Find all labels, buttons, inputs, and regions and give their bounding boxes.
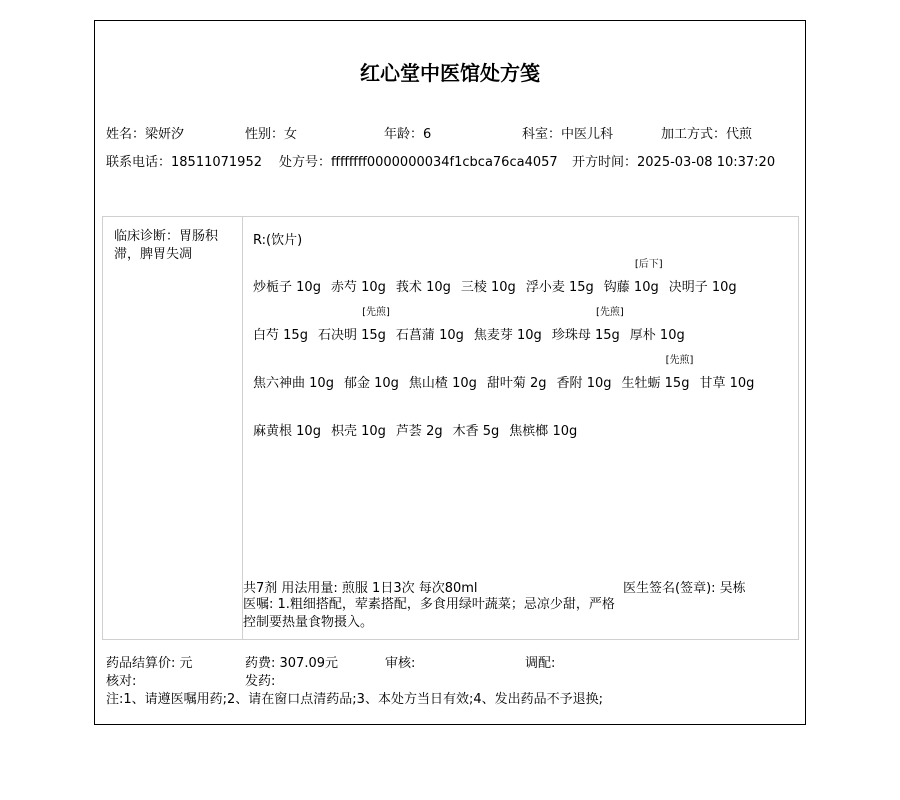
diagnosis-label: 临床诊断： [114,229,179,244]
phone-label: 联系电话： [106,155,171,170]
processing-field: 加工方式：代煎 [661,123,752,142]
department-label: 科室： [522,127,561,142]
herb-item: 麻黄根 10g [253,420,321,439]
issue-field: 发药: [245,670,275,689]
herb-item: 枳壳 10g [331,420,386,439]
rx-number-field: 处方号：ffffffff0000000034f1cbca76ca4057 [279,151,558,170]
rx-number: ffffffff0000000034f1cbca76ca4057 [331,155,558,170]
drug-fee: 药费: 307.09元 [245,652,338,671]
check-field: 核对: [106,670,136,689]
rx-time: 2025-03-08 10:37:20 [637,155,775,170]
herb-item: 木香 5g [453,420,500,439]
doctor-signature: 医生签名(签章): 吴栋 [623,577,746,596]
herb-item: 焦槟榔 10g [509,420,577,439]
footer-notes: 注:1、请遵医嘱用药;2、请在窗口点清药品;3、本处方当日有效;4、发出药品不予… [106,688,603,707]
herb-item: 厚朴 10g [630,324,685,343]
herb-note: [先煎] [362,303,390,318]
herb-item: 焦麦芽 10g [474,324,542,343]
patient-gender-label: 性别： [245,127,284,142]
herb-item: 白芍 15g [253,324,308,343]
herb-note: [先煎] [666,351,694,366]
patient-gender: 女 [284,127,297,142]
rx-header: R:(饮片) [253,229,302,248]
department: 中医儿科 [561,127,613,142]
settle-price: 药品结算价: 元 [106,652,193,671]
phone-number: 18511071952 [171,155,262,170]
medical-advice: 医嘱: 1.粗细搭配，荤素搭配，多食用绿叶蔬菜；忌凉少甜，严格控制要热量食物摄入… [243,596,621,632]
herb-item: 莪术 10g [396,276,451,295]
patient-name-label: 姓名： [106,127,145,142]
rx-time-label: 开方时间： [572,155,637,170]
herb-item: 炒栀子 10g [253,276,321,295]
herb-item: 赤芍 10g [331,276,386,295]
rx-number-label: 处方号： [279,155,331,170]
dispense-prep-field: 调配: [525,652,555,671]
phone-field: 联系电话：18511071952 [106,151,262,170]
rx-time-field: 开方时间：2025-03-08 10:37:20 [572,151,775,170]
processing-label: 加工方式： [661,127,726,142]
herb-line-1: 炒栀子 10g赤芍 10g莪术 10g三棱 10g浮小麦 15g[后下]钩藤 1… [253,276,747,295]
patient-age-label: 年龄： [384,127,423,142]
patient-gender-field: 性别：女 [245,123,297,142]
processing-method: 代煎 [726,127,752,142]
doctor-name: 吴栋 [720,581,746,596]
herb-item: 焦六神曲 10g [253,372,334,391]
patient-name: 梁妍汐 [145,127,184,142]
herb-item: [后下]钩藤 10g [604,276,659,295]
herb-item: [先煎]石决明 15g [318,324,386,343]
prescription-sheet: 红心堂中医馆处方笺 姓名：梁妍汐 性别：女 年龄：6 科室：中医儿科 加工方式：… [94,20,806,725]
herb-item: 甜叶菊 2g [487,372,547,391]
document-title: 红心堂中医馆处方笺 [95,57,805,86]
clinical-diagnosis: 临床诊断：胃肠积滞，脾胃失凋 [114,228,232,264]
review-field: 审核: [385,652,415,671]
doctor-signature-label: 医生签名(签章): [623,581,720,596]
herb-line-3: 焦六神曲 10g郁金 10g焦山楂 10g甜叶菊 2g香附 10g[先煎]生牡蛎… [253,372,764,391]
patient-age-field: 年龄：6 [384,123,431,142]
herb-item: 三棱 10g [461,276,516,295]
herb-note: [先煎] [596,303,624,318]
department-field: 科室：中医儿科 [522,123,613,142]
patient-age: 6 [423,127,431,142]
herb-item: [先煎]生牡蛎 15g [622,372,690,391]
herb-item: 甘草 10g [699,372,754,391]
herb-item: [先煎]珍珠母 15g [552,324,620,343]
herb-item: 浮小麦 15g [526,276,594,295]
column-divider [242,217,243,639]
herb-item: 芦荟 2g [396,420,443,439]
patient-name-field: 姓名：梁妍汐 [106,123,184,142]
usage-dosage: 共7剂 用法用量: 煎服 1日3次 每次80ml [243,577,478,596]
herb-line-2: 白芍 15g[先煎]石决明 15g石菖蒲 10g焦麦芽 10g[先煎]珍珠母 1… [253,324,695,343]
herb-item: 焦山楂 10g [409,372,477,391]
herb-note: [后下] [635,255,663,270]
herb-item: 香附 10g [557,372,612,391]
herb-item: 郁金 10g [344,372,399,391]
herb-line-4: 麻黄根 10g枳壳 10g芦荟 2g木香 5g焦槟榔 10g [253,420,587,439]
herb-item: 石菖蒲 10g [396,324,464,343]
prescription-box: 临床诊断：胃肠积滞，脾胃失凋 R:(饮片) 炒栀子 10g赤芍 10g莪术 10… [102,216,799,640]
herb-item: 决明子 10g [669,276,737,295]
